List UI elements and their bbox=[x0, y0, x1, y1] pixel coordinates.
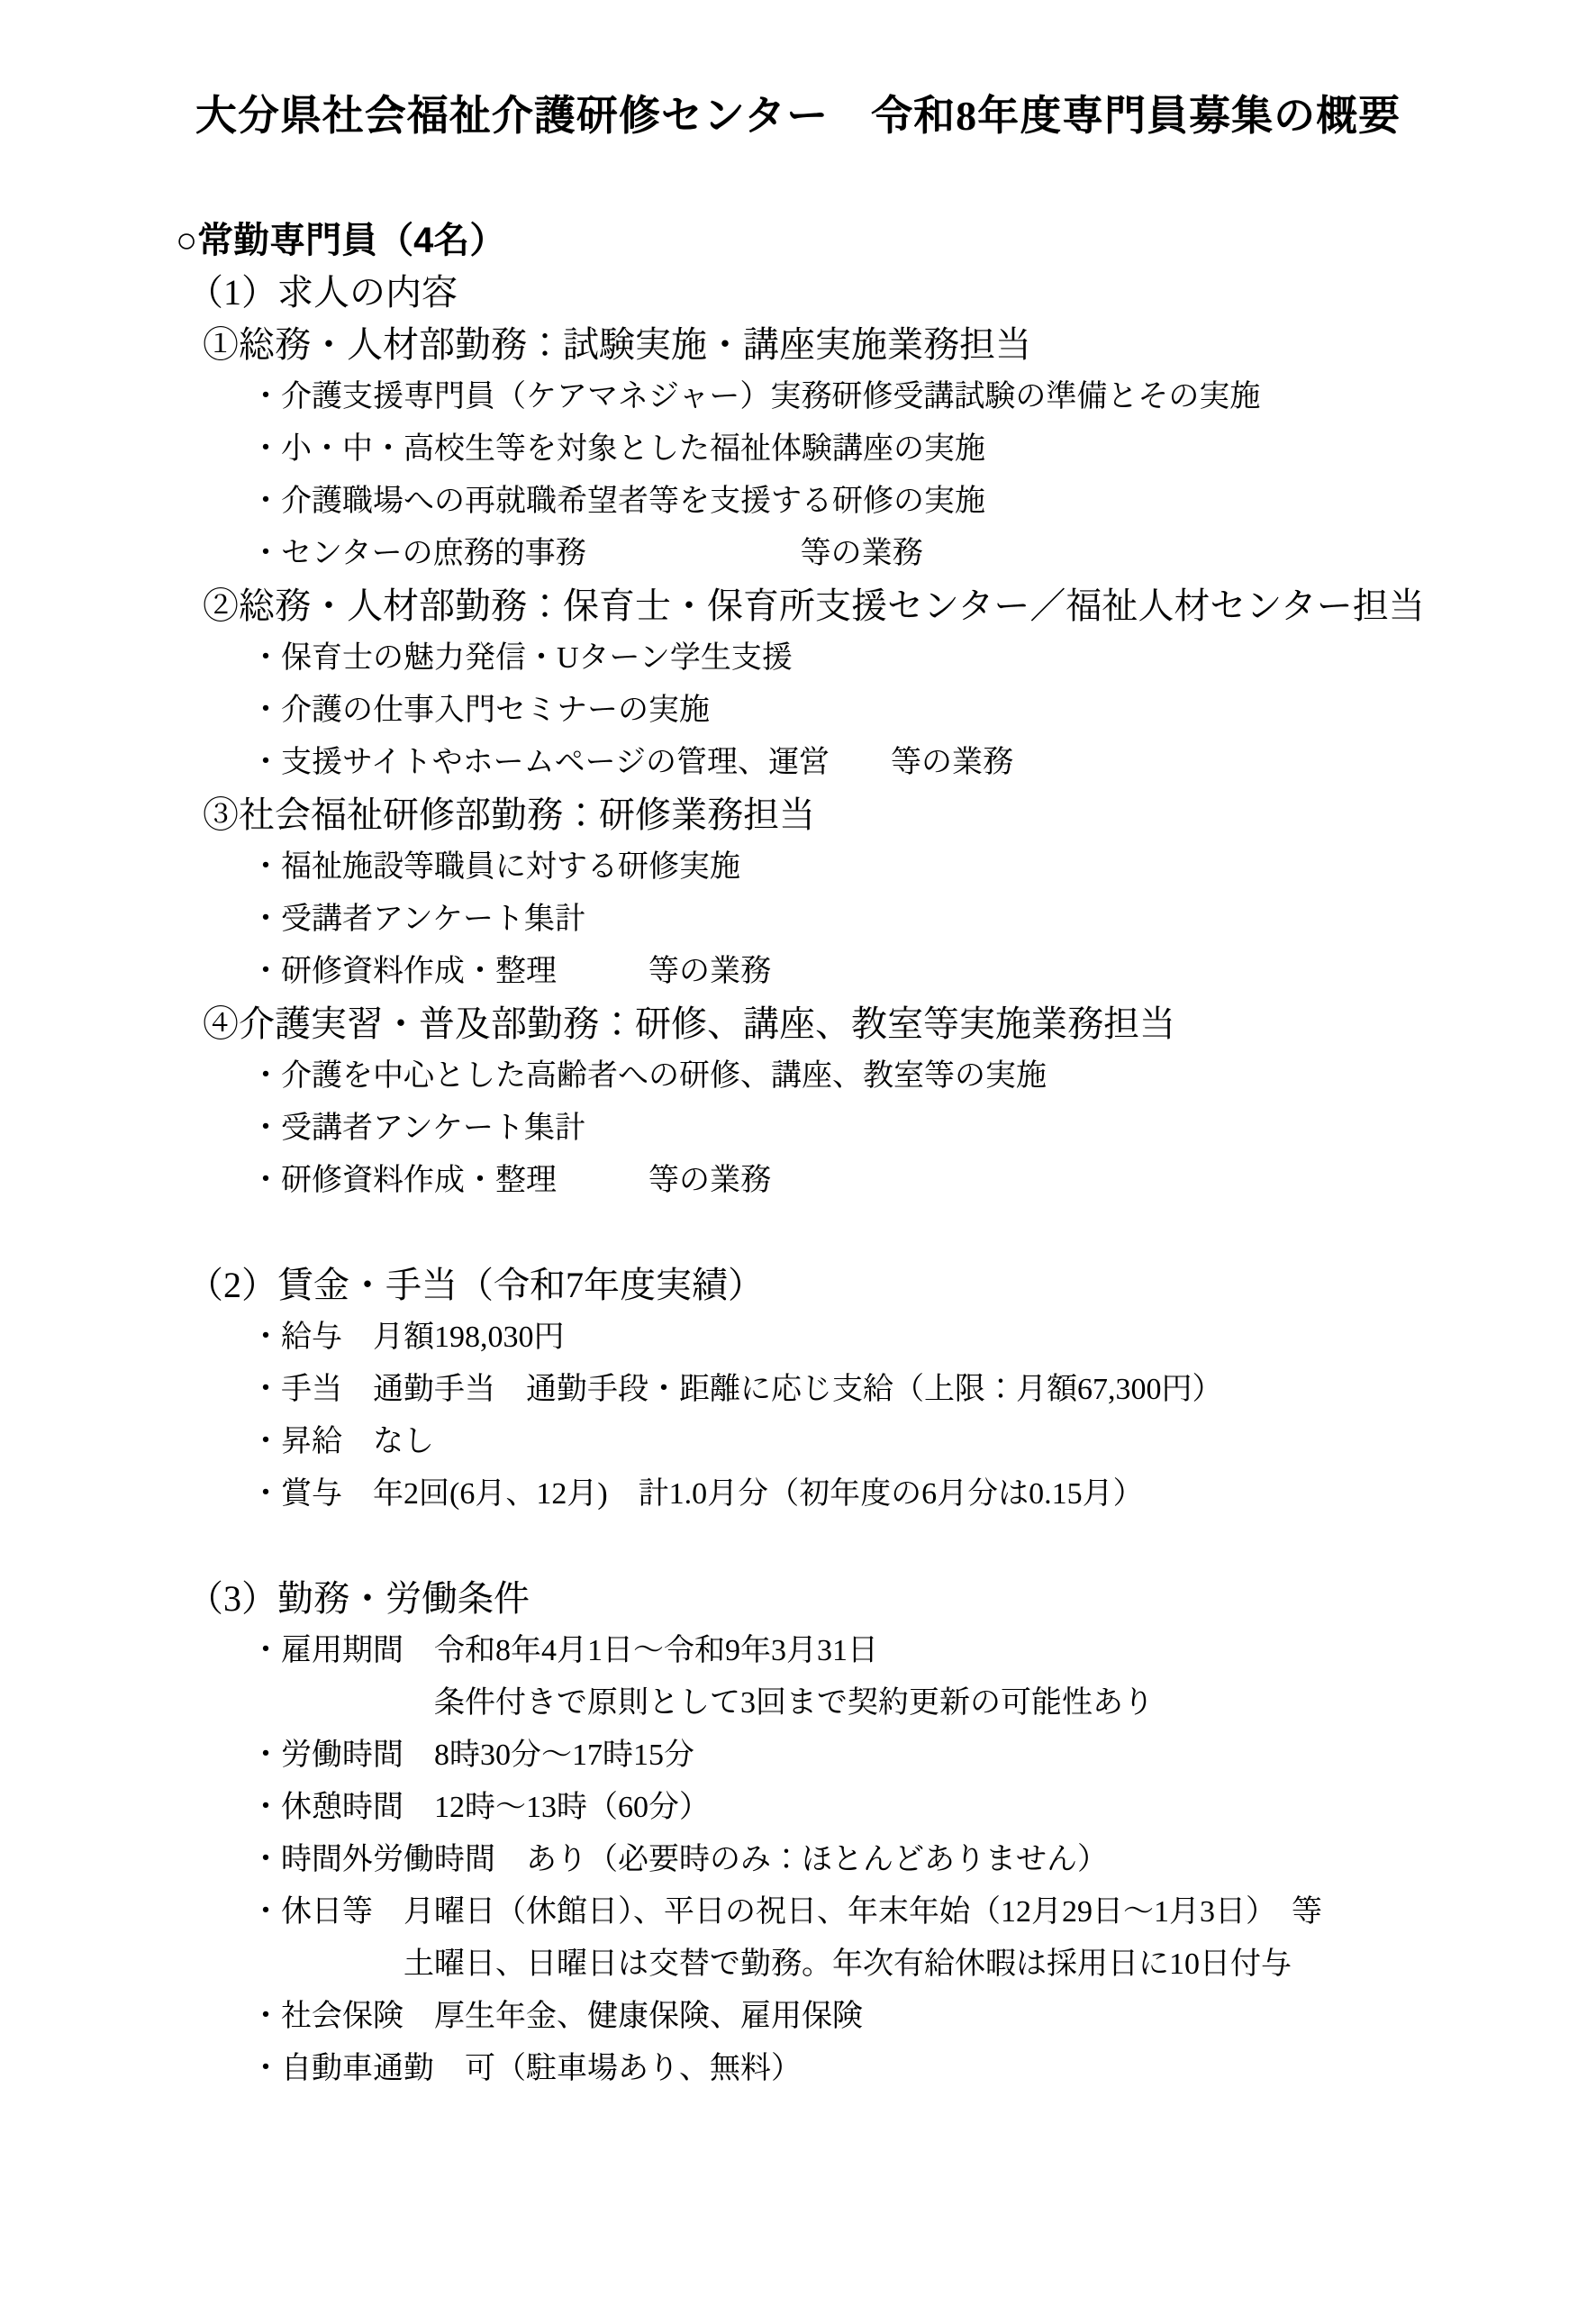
job-1-item: ・介護支援専門員（ケアマネジャー）実務研修受講試験の準備とその実施 bbox=[0, 371, 1596, 423]
job-3-item: ・研修資料作成・整理 等の業務 bbox=[0, 946, 1596, 998]
job-4-item: ・研修資料作成・整理 等の業務 bbox=[0, 1155, 1596, 1207]
wage-item: ・手当 通勤手当 通勤手段・距離に応じ支給（上限：月額67,300円） bbox=[0, 1364, 1596, 1416]
job-1-item: ・センターの庶務的事務 等の業務 bbox=[0, 528, 1596, 580]
wage-item: ・給与 月額198,030円 bbox=[0, 1312, 1596, 1364]
document-title: 大分県社会福祉介護研修センター 令和8年度専門員募集の概要 bbox=[0, 0, 1596, 146]
work-condition-item: 土曜日、日曜日は交替で勤務。年次有給休暇は採用日に10日付与 bbox=[0, 1938, 1596, 1991]
work-condition-item: ・社会保険 厚生年金、健康保険、雇用保険 bbox=[0, 1991, 1596, 2043]
work-condition-item: 条件付きで原則として3回まで契約更新の可能性あり bbox=[0, 1677, 1596, 1729]
job-3-item: ・受講者アンケート集計 bbox=[0, 894, 1596, 946]
heading-job-4: ④介護実習・普及部勤務：研修、講座、教室等実施業務担当 bbox=[0, 998, 1596, 1050]
heading-job-2: ②総務・人材部勤務：保育士・保育所支援センター／福祉人材センター担当 bbox=[0, 580, 1596, 632]
job-3-item: ・福祉施設等職員に対する研修実施 bbox=[0, 841, 1596, 894]
heading-job-3: ③社会福祉研修部勤務：研修業務担当 bbox=[0, 789, 1596, 841]
wage-item: ・賞与 年2回(6月、12月) 計1.0月分（初年度の6月分は0.15月） bbox=[0, 1468, 1596, 1521]
job-2-item: ・支援サイトやホームページの管理、運営 等の業務 bbox=[0, 737, 1596, 789]
work-condition-item: ・雇用期間 令和8年4月1日～令和9年3月31日 bbox=[0, 1625, 1596, 1677]
heading-section-1: （1）求人の内容 bbox=[0, 267, 1596, 319]
work-condition-item: ・休憩時間 12時～13時（60分） bbox=[0, 1782, 1596, 1834]
work-condition-item: ・労働時間 8時30分～17時15分 bbox=[0, 1729, 1596, 1782]
document-page: 大分県社会福祉介護研修センター 令和8年度専門員募集の概要 ○常勤専門員（4名）… bbox=[0, 0, 1596, 2306]
heading-job-1: ①総務・人材部勤務：試験実施・講座実施業務担当 bbox=[0, 319, 1596, 371]
job-2-item: ・介護の仕事入門セミナーの実施 bbox=[0, 685, 1596, 737]
job-1-item: ・小・中・高校生等を対象とした福祉体験講座の実施 bbox=[0, 423, 1596, 476]
work-condition-item: ・休日等 月曜日（休館日）、平日の祝日、年末年始（12月29日～1月3日） 等 bbox=[0, 1886, 1596, 1938]
job-2-item: ・保育士の魅力発信・Uターン学生支援 bbox=[0, 632, 1596, 685]
heading-section-3: （3）勤務・労働条件 bbox=[0, 1573, 1596, 1625]
job-1-item: ・介護職場への再就職希望者等を支援する研修の実施 bbox=[0, 476, 1596, 528]
heading-fulltime-specialists: ○常勤専門員（4名） bbox=[0, 214, 1596, 267]
work-condition-item: ・時間外労働時間 あり（必要時のみ：ほとんどありません） bbox=[0, 1834, 1596, 1886]
heading-section-2: （2）賃金・手当（令和7年度実績） bbox=[0, 1259, 1596, 1312]
work-condition-item: ・自動車通勤 可（駐車場あり、無料） bbox=[0, 2043, 1596, 2095]
job-4-item: ・受講者アンケート集計 bbox=[0, 1103, 1596, 1155]
document-body: ○常勤専門員（4名） （1）求人の内容 ①総務・人材部勤務：試験実施・講座実施業… bbox=[0, 214, 1596, 2095]
wage-item: ・昇給 なし bbox=[0, 1416, 1596, 1468]
job-4-item: ・介護を中心とした高齢者への研修、講座、教室等の実施 bbox=[0, 1050, 1596, 1103]
